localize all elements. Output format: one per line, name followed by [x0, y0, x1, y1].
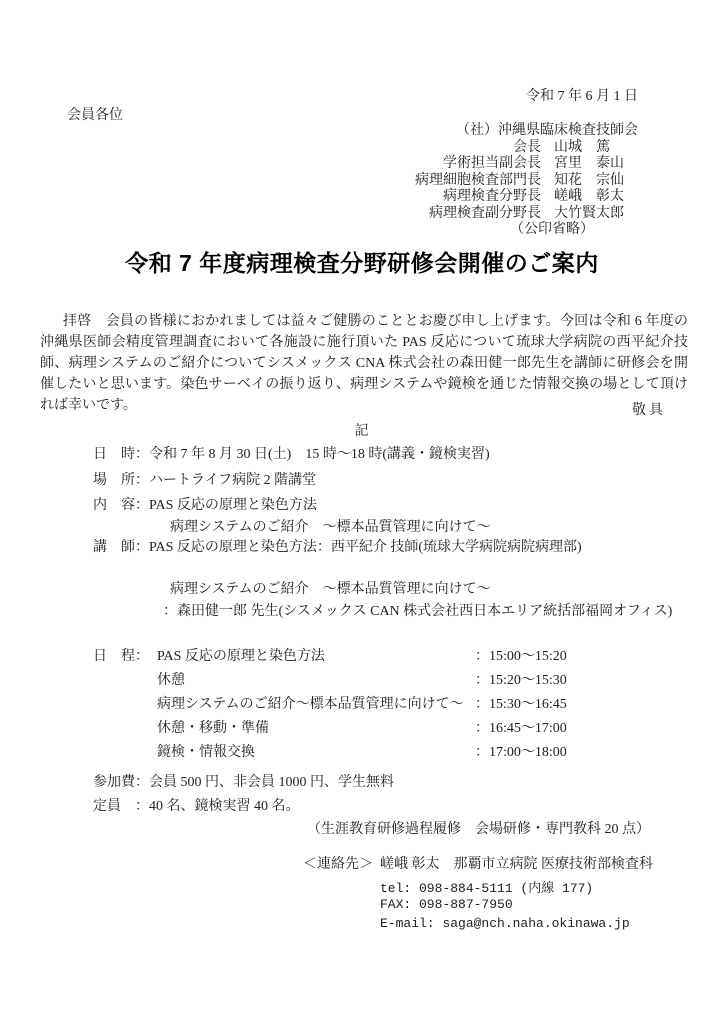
signatory-title: 学術担当副会長 — [443, 156, 541, 173]
capacity-label: 定員 ： — [93, 799, 149, 814]
seal-note: （公印省略） — [415, 222, 638, 239]
contact-label: ＜連絡先＞ — [303, 857, 373, 872]
signatory-name: 知花 宗仙 — [554, 173, 638, 190]
sender-block: （社）沖縄県臨床検査技師会 会長 山城 篤 学術担当副会長 宮里 泰山 病理細胞… — [415, 123, 638, 239]
detail-lecturer-line2: 病理システムのご紹介 ～標本品質管理に向けて～ — [170, 578, 491, 598]
schedule-item: PAS 反応の原理と染色方法 — [157, 645, 325, 665]
schedule-row: 鏡検・情報交換 ：17:00～18:00 — [0, 741, 724, 761]
fee-line: 参加費：会員 500 円、非会員 1000 円、学生無料 — [93, 771, 394, 791]
signatory-row: 学術担当副会長 宮里 泰山 — [415, 156, 638, 173]
record-marker: 記 — [0, 420, 724, 440]
detail-content-value: PAS 反応の原理と染色方法 — [149, 498, 317, 513]
schedule-label: 日 程： — [93, 645, 149, 665]
signatory-name: 嵯峨 彰太 — [554, 189, 638, 206]
fee-label: 参加費： — [93, 775, 149, 790]
detail-lecturer-value: PAS 反応の原理と染色方法：西平紀介 技師(琉球大学病院病院病理部) — [149, 540, 582, 555]
sender-organization: （社）沖縄県臨床検査技師会 — [415, 123, 638, 140]
schedule-item: 休憩・移動・準備 — [157, 717, 269, 737]
detail-lecturer: 講 師：PAS 反応の原理と染色方法：西平紀介 技師(琉球大学病院病院病理部) — [93, 536, 582, 556]
detail-lecturer-label: 講 師： — [93, 540, 149, 555]
detail-lecturer-line3: ：森田健一郎 先生(シスメックス CAN 株式会社西日本エリア統括部福岡オフィス… — [163, 600, 672, 620]
signatory-row: 病理検査分野長 嵯峨 彰太 — [415, 189, 638, 206]
fee-value: 会員 500 円、非会員 1000 円、学生無料 — [149, 775, 394, 790]
document-title: 令和 7 年度病理検査分野研修会開催のご案内 — [0, 245, 724, 278]
detail-place-label: 場 所： — [93, 473, 149, 488]
greeting-paragraph: 拝啓 会員の皆様におかれましては益々ご健勝のこととお慶び申し上げます。今回は令和… — [40, 311, 688, 416]
schedule-item: 休憩 — [157, 669, 185, 689]
schedule-time: ：15:20～15:30 — [475, 669, 567, 689]
signatory-title: 病理検査分野長 — [443, 189, 541, 206]
detail-content-line2: 病理システムのご紹介 ～標本品質管理に向けて～ — [170, 516, 491, 536]
schedule-row: 病理システムのご紹介～標本品質管理に向けて～ ：15:30～16:45 — [0, 693, 724, 713]
document-date: 令和 7 年 6 月 1 日 — [526, 85, 638, 105]
detail-content: 内 容：PAS 反応の原理と染色方法 — [93, 494, 317, 514]
signatory-row: 病理細胞検査部門長 知花 宗仙 — [415, 173, 638, 190]
schedule-row: 休憩・移動・準備 ：16:45～17:00 — [0, 717, 724, 737]
detail-content-label: 内 容： — [93, 498, 149, 513]
contact-tel: tel: 098-884-5111 (内線 177) — [380, 877, 593, 896]
signatory-title: 病理細胞検査部門長 — [415, 173, 541, 190]
detail-datetime-value: 令和 7 年 8 月 30 日(土) 15 時～18 時(講義・鏡検実習) — [149, 447, 490, 462]
signatory-name: 大竹賢太郎 — [554, 206, 638, 223]
schedule-row: 休憩 ：15:20～15:30 — [0, 669, 724, 689]
signatory-name: 山城 篤 — [554, 140, 638, 157]
contact-fax: FAX: 098-887-7950 — [380, 897, 513, 912]
closing-keigu: 敬具 — [632, 399, 666, 419]
detail-place: 場 所：ハートライフ病院 2 階講堂 — [93, 469, 316, 489]
signatory-name: 宮里 泰山 — [554, 156, 638, 173]
detail-datetime-label: 日 時： — [93, 447, 149, 462]
credit-note: （生涯教育研修過程履修 会場研修・専門教科 20 点） — [0, 818, 724, 838]
addressee: 会員各位 — [67, 104, 123, 124]
contact-email: E-mail: saga@nch.naha.okinawa.jp — [380, 916, 630, 931]
schedule-time: ：16:45～17:00 — [475, 717, 567, 737]
detail-datetime: 日 時：令和 7 年 8 月 30 日(土) 15 時～18 時(講義・鏡検実習… — [93, 443, 490, 463]
capacity-value: 40 名、鏡検実習 40 名。 — [149, 799, 300, 814]
contact-header: ＜連絡先＞嵯峨 彰太 那覇市立病院 医療技術部検査科 — [303, 853, 653, 873]
detail-place-value: ハートライフ病院 2 階講堂 — [149, 473, 316, 488]
signatory-row: 会長 山城 篤 — [415, 140, 638, 157]
document-page: 令和 7 年 6 月 1 日 会員各位 （社）沖縄県臨床検査技師会 会長 山城 … — [0, 0, 724, 1024]
schedule-time: ：17:00～18:00 — [475, 741, 567, 761]
signatory-row: 病理検査副分野長 大竹賢太郎 — [415, 206, 638, 223]
schedule-time: ：15:30～16:45 — [475, 693, 567, 713]
signatory-title: 病理検査副分野長 — [429, 206, 541, 223]
signatory-title: 会長 — [513, 140, 541, 157]
contact-person: 嵯峨 彰太 那覇市立病院 医療技術部検査科 — [380, 857, 653, 872]
schedule-item: 鏡検・情報交換 — [157, 741, 255, 761]
schedule-time: ：15:00～15:20 — [475, 645, 567, 665]
schedule-row: 日 程： PAS 反応の原理と染色方法 ：15:00～15:20 — [0, 645, 724, 665]
schedule-item: 病理システムのご紹介～標本品質管理に向けて～ — [157, 693, 464, 713]
capacity-line: 定員 ：40 名、鏡検実習 40 名。 — [93, 795, 300, 815]
